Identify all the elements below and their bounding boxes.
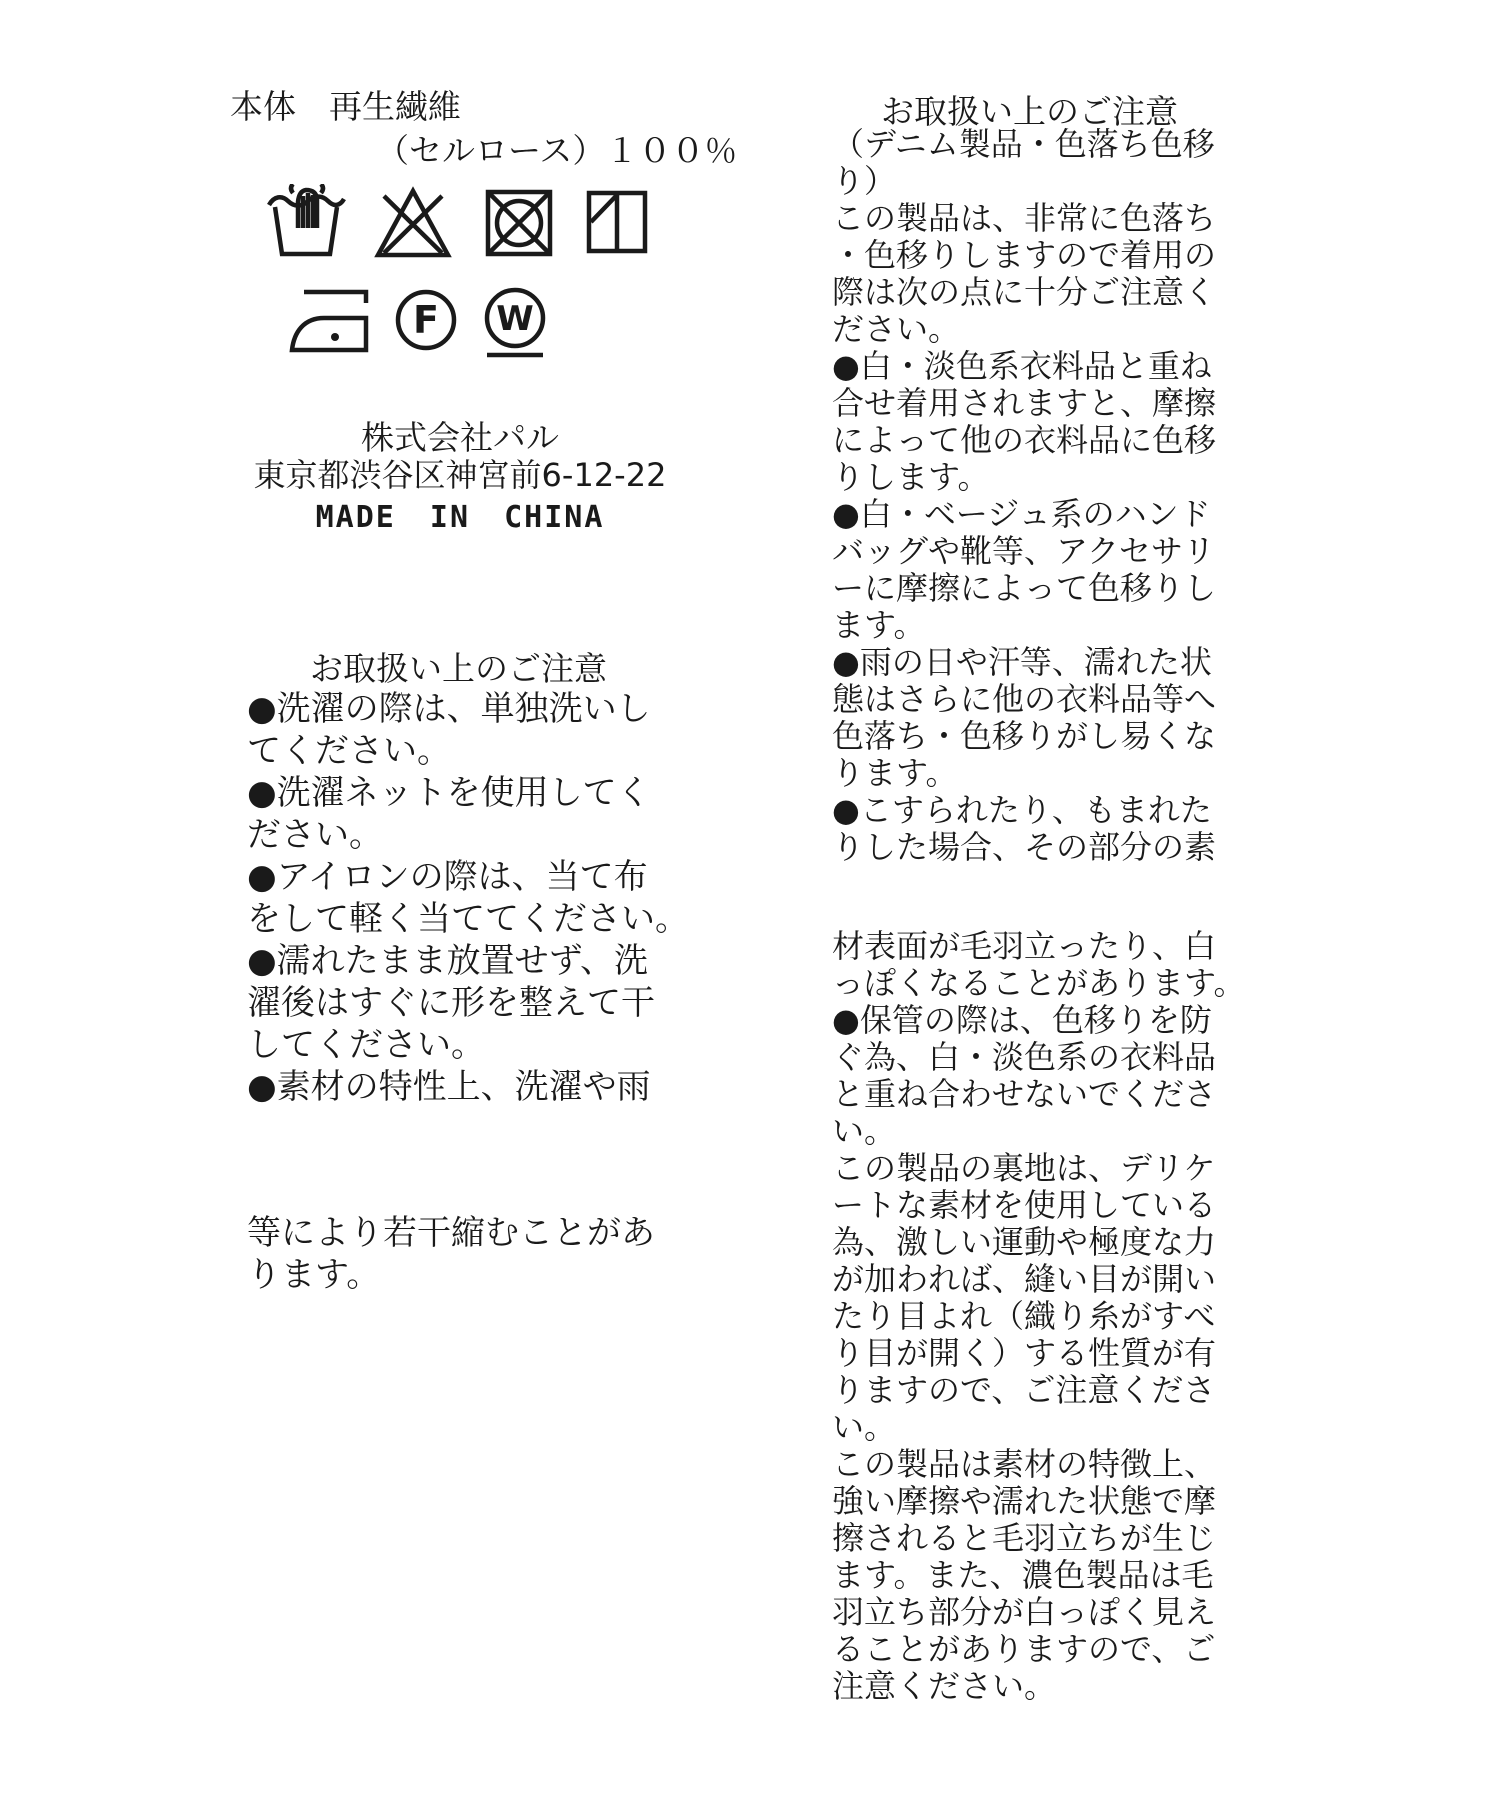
- do-not-tumble-dry-icon: [480, 184, 558, 262]
- dry-clean-letter: F: [413, 298, 439, 342]
- material-composition-line2: （セルロース）１００％: [376, 130, 737, 172]
- hand-wash-icon: [266, 184, 346, 262]
- wet-clean-gentle-icon: W: [482, 282, 548, 360]
- left-care-notes-continued: 等により若干縮むことがあ ります。: [247, 1212, 717, 1296]
- care-label-page: 本体 再生繊維 （セルロース）１００％: [0, 0, 1500, 1800]
- wet-clean-letter: W: [496, 299, 534, 339]
- care-symbols-row-2: F W: [286, 282, 548, 360]
- left-care-notes-body: ●洗濯の際は、単独洗いし てください。 ●洗濯ネットを使用してく ださい。 ●ア…: [247, 688, 717, 1108]
- line-dry-in-shade-icon: [584, 184, 650, 262]
- right-care-notes-block: （デニム製品・色落ち色移 り） この製品は、非常に色落ち ・色移りしますので着用…: [832, 126, 1284, 866]
- material-composition-line1: 本体 再生繊維: [230, 86, 461, 128]
- left-care-notes-heading: お取扱い上のご注意: [310, 643, 607, 690]
- country-of-origin: MADE IN CHINA: [238, 500, 682, 535]
- manufacturer-address: 東京都渋谷区神宮前6-12-22: [238, 450, 682, 496]
- right-care-notes-subheading: （デニム製品・色落ち色移 り）: [832, 126, 1284, 200]
- care-symbols-row-1: [266, 184, 650, 262]
- do-not-bleach-icon: [372, 184, 454, 262]
- right-care-notes-continued: 材表面が毛羽立ったり、白 っぽくなることがあります。 ●保管の際は、色移りを防 …: [832, 928, 1284, 1705]
- right-care-notes-body: この製品は、非常に色落ち ・色移りしますので着用の 際は次の点に十分ご注意く だ…: [832, 200, 1284, 866]
- iron-low-heat-icon: [286, 282, 370, 360]
- dry-clean-petroleum-icon: F: [394, 282, 458, 360]
